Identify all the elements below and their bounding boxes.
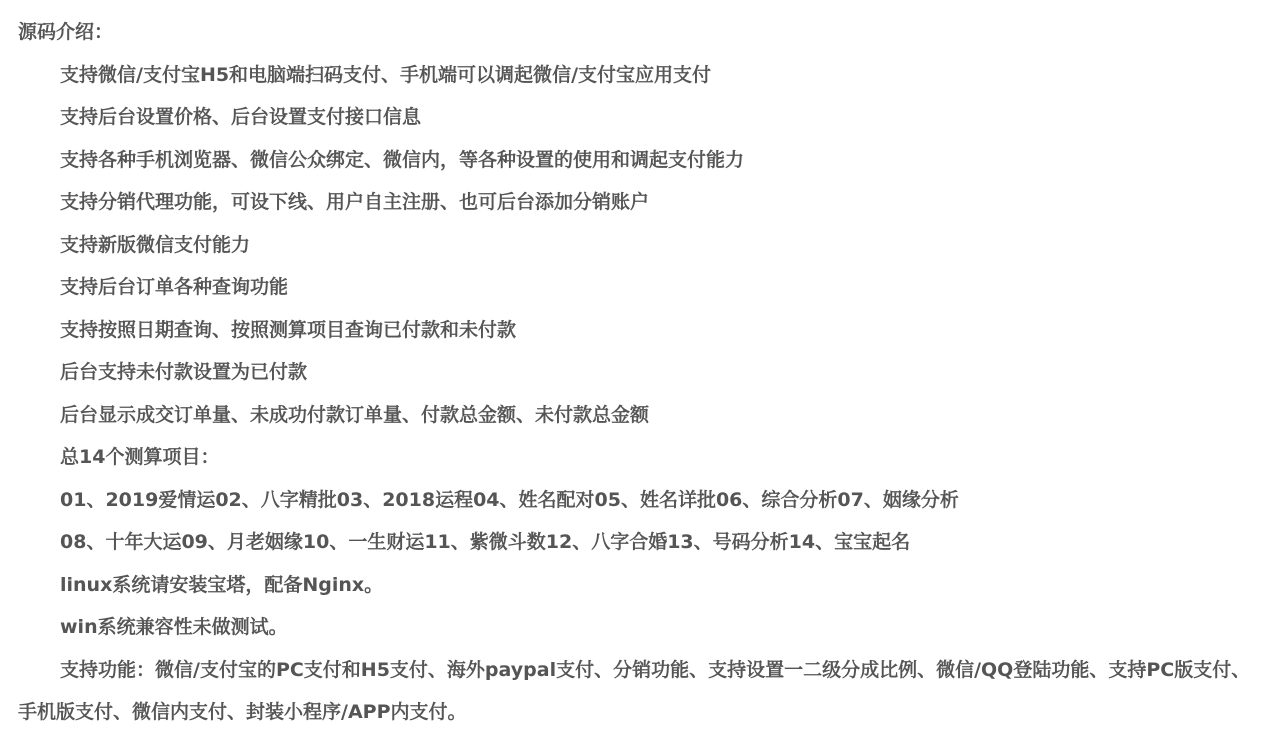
windows-note: win系统兼容性未做测试。 — [18, 606, 1262, 649]
feature-item: 支持后台设置价格、后台设置支付接口信息 — [18, 96, 1262, 139]
linux-note: linux系统请安装宝塔，配备Nginx。 — [18, 564, 1262, 607]
feature-item: 支持按照日期查询、按照测算项目查询已付款和未付款 — [18, 309, 1262, 352]
projects-list-line: 08、十年大运09、月老姻缘10、一生财运11、紫微斗数12、八字合婚13、号码… — [18, 521, 1262, 564]
feature-item: 后台显示成交订单量、未成功付款订单量、付款总金额、未付款总金额 — [18, 394, 1262, 437]
projects-list-line: 01、2019爱情运02、八字精批03、2018运程04、姓名配对05、姓名详批… — [18, 479, 1262, 522]
feature-item: 支持后台订单各种查询功能 — [18, 266, 1262, 309]
supported-features-paragraph: 支持功能：微信/支付宝的PC支付和H5支付、海外paypal支付、分销功能、支持… — [18, 649, 1262, 733]
source-code-introduction: 源码介绍： 支持微信/支付宝H5和电脑端扫码支付、手机端可以调起微信/支付宝应用… — [0, 0, 1280, 733]
feature-item: 后台支持未付款设置为已付款 — [18, 351, 1262, 394]
projects-heading: 总14个测算项目： — [18, 436, 1262, 479]
section-heading: 源码介绍： — [18, 11, 1262, 54]
feature-item: 支持分销代理功能，可设下线、用户自主注册、也可后台添加分销账户 — [18, 181, 1262, 224]
feature-item: 支持各种手机浏览器、微信公众绑定、微信内，等各种设置的使用和调起支付能力 — [18, 139, 1262, 182]
feature-item: 支持微信/支付宝H5和电脑端扫码支付、手机端可以调起微信/支付宝应用支付 — [18, 54, 1262, 97]
feature-item: 支持新版微信支付能力 — [18, 224, 1262, 267]
